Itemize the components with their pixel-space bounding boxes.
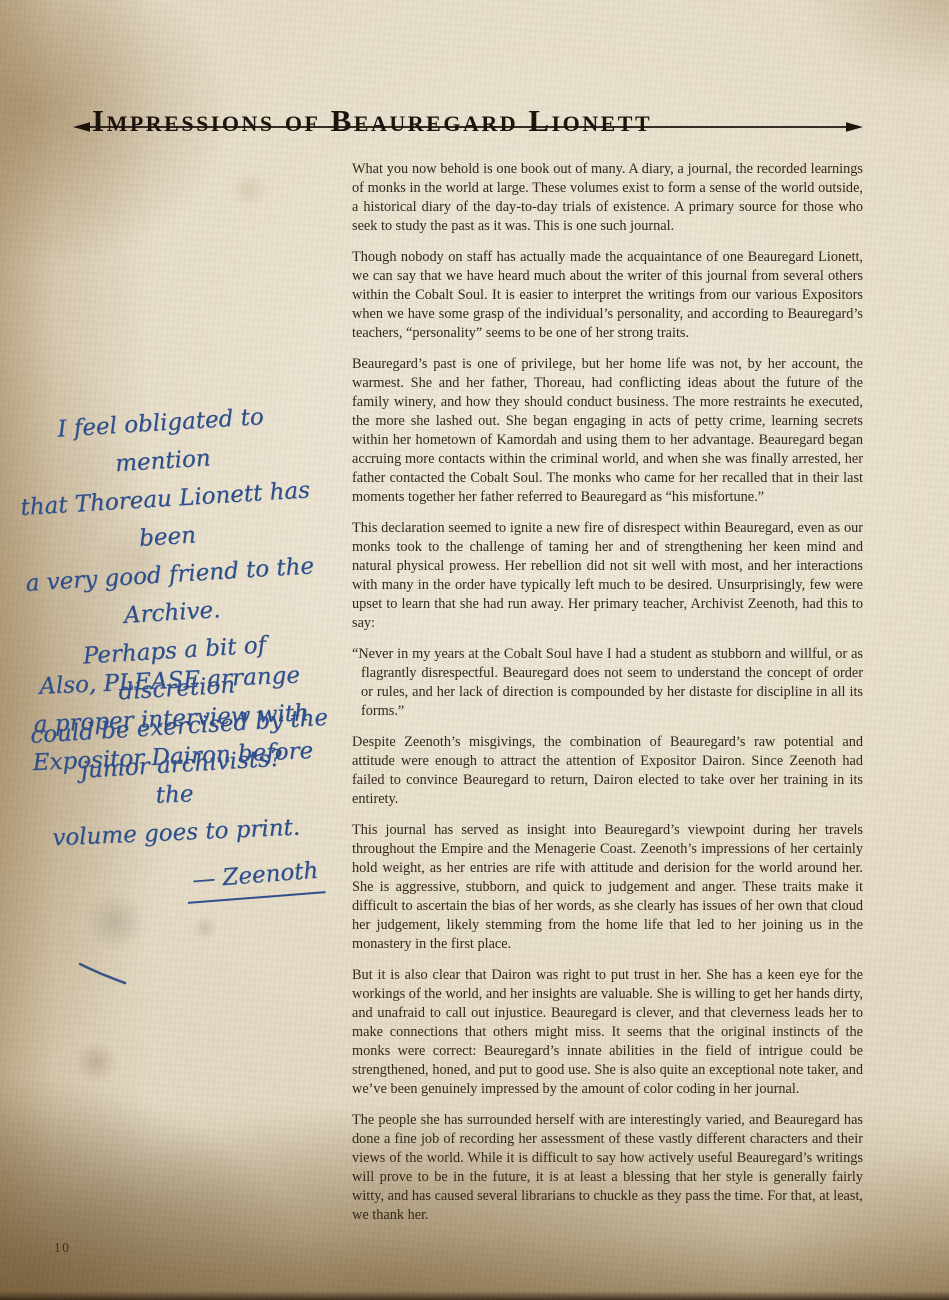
margin-note-interview: Also, PLEASE arrange a proper interview … <box>19 656 329 909</box>
paragraph: This declaration seemed to ignite a new … <box>352 519 863 633</box>
paragraph: But it is also clear that Dairon was rig… <box>352 966 863 1099</box>
zeenoth-signature: — Zeenoth <box>185 851 326 904</box>
paragraph: This journal has served as insight into … <box>352 821 863 954</box>
book-page: { "page": { "title": "Impressions of Bea… <box>0 0 949 1300</box>
main-text-column: What you now behold is one book out of m… <box>352 160 863 1237</box>
stray-ink-stroke <box>70 952 140 997</box>
page-number: 10 <box>54 1240 71 1256</box>
blockquote-zeenoth: “Never in my years at the Cobalt Soul ha… <box>352 645 863 721</box>
paragraph: The people she has surrounded herself wi… <box>352 1111 863 1225</box>
note-line: Expositor Dairon before the <box>22 731 325 820</box>
paragraph: What you now behold is one book out of m… <box>352 160 863 236</box>
title-divider-arrow <box>73 120 863 134</box>
paragraph: Despite Zeenoth’s misgivings, the combin… <box>352 733 863 809</box>
paragraph: Beauregard’s past is one of privilege, b… <box>352 355 863 507</box>
ink-stroke-icon <box>70 952 140 992</box>
paragraph: Though nobody on staff has actually made… <box>352 248 863 343</box>
double-arrow-rule-icon <box>73 120 863 134</box>
